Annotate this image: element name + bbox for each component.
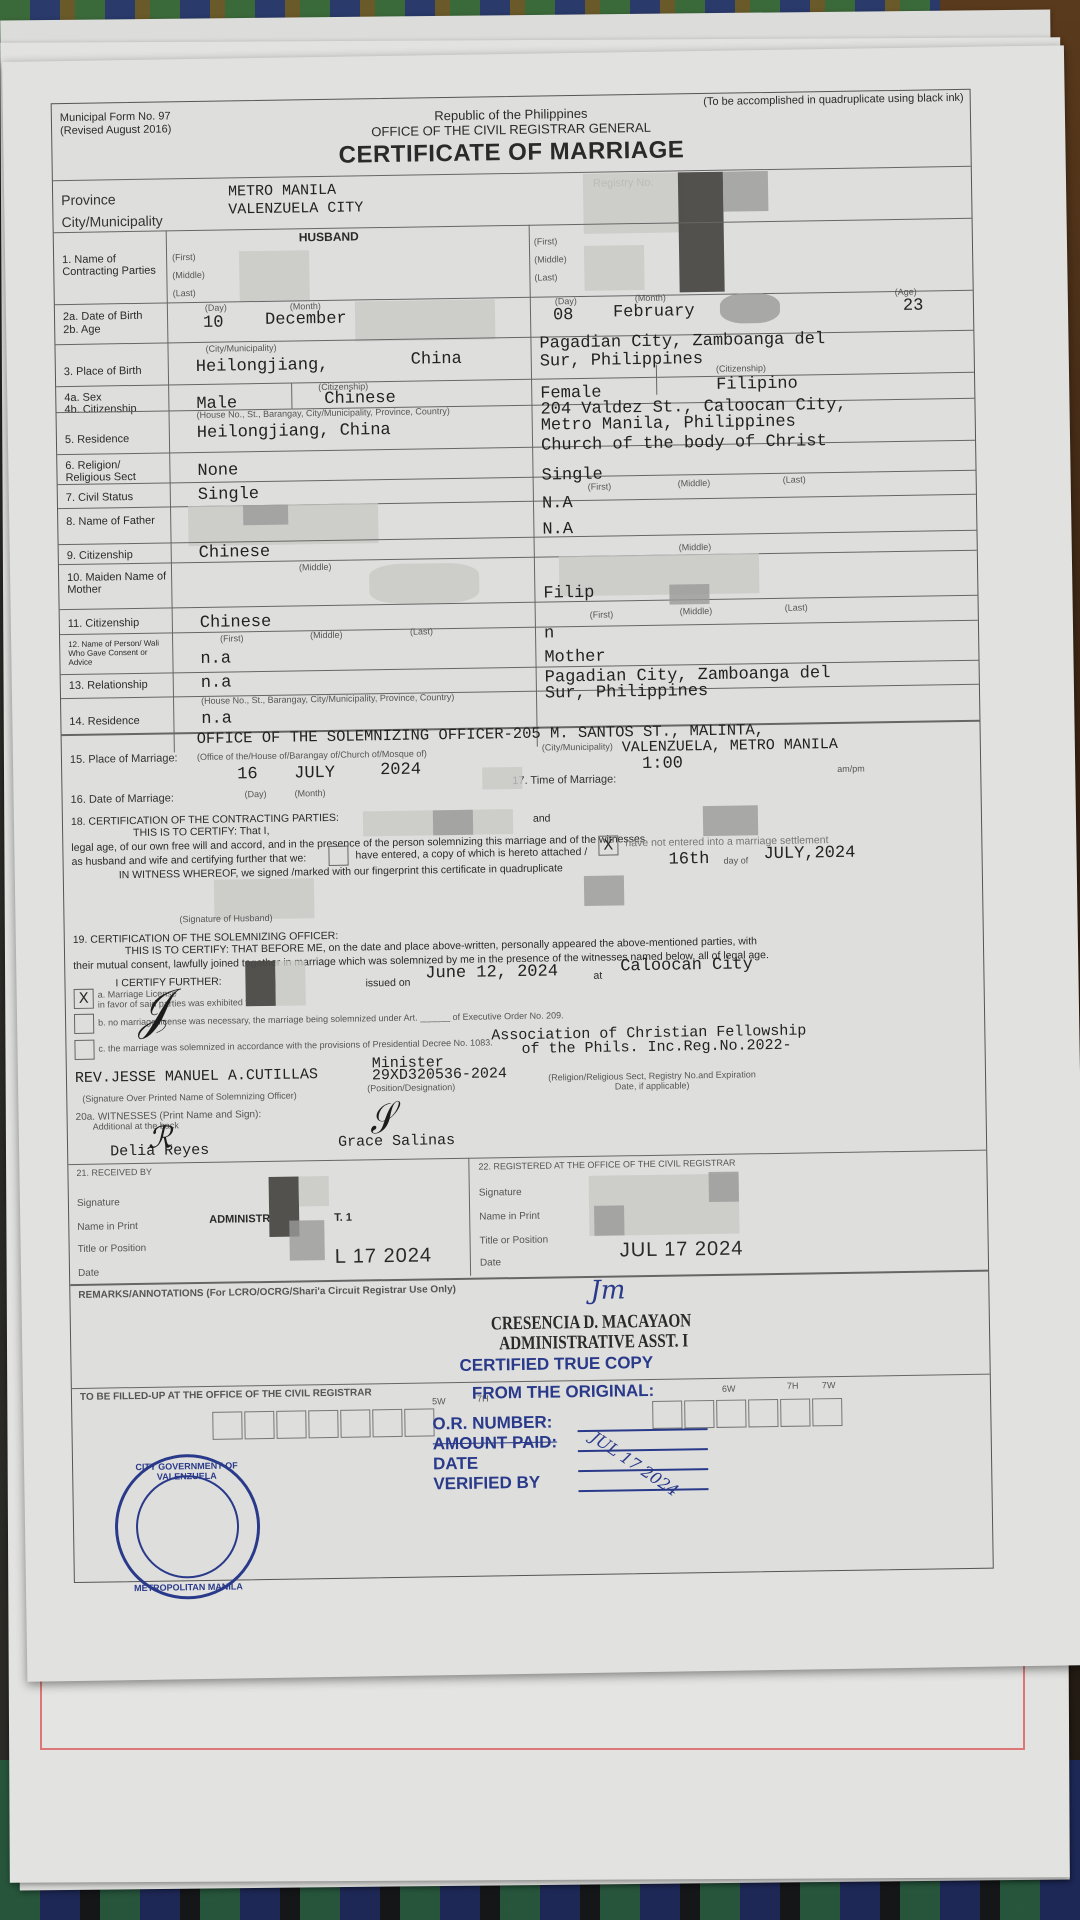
registered-heading: 22. REGISTERED AT THE OFFICE OF THE CIVI…	[478, 1158, 735, 1172]
certificate-form: Municipal Form No. 97 (Revised August 20…	[51, 89, 994, 1583]
city-sub: (City/Municipality)	[542, 741, 613, 752]
seal-bottom-text: METROPOLITAN MANILA	[119, 1581, 258, 1593]
wife-citizenship: Filipino	[716, 375, 798, 395]
position-sub: (Position/Designation)	[367, 1082, 455, 1093]
stamp-certified-true-copy: CERTIFIED TRUE COPY	[459, 1353, 653, 1376]
received-signature-label: Signature	[77, 1197, 120, 1209]
received-date-value: L 17 2024	[335, 1244, 433, 1269]
row-label-name: 1. Name of Contracting Parties	[62, 253, 162, 279]
option-a-text-2: in favor of said parties was exhibited t…	[98, 997, 271, 1010]
registered-date-label: Date	[480, 1257, 501, 1268]
row-label-father-citizenship: 9. Citizenship	[67, 548, 167, 562]
sub-month: (Month)	[635, 293, 666, 303]
row-label-father: 8. Name of Father	[66, 514, 166, 528]
cert-parties-and: and	[533, 812, 551, 825]
wife-dob-day: 08	[553, 306, 574, 325]
sub-age: (Age)	[895, 287, 917, 297]
stamp-from-original: FROM THE ORIGINAL:	[472, 1381, 655, 1404]
sub-first: (First)	[588, 481, 612, 491]
redaction	[355, 299, 496, 341]
officer-sub: (Signature Over Printed Name of Solemniz…	[82, 1090, 297, 1103]
husband-dob-month: December	[265, 310, 347, 330]
code-5w: 5W	[432, 1396, 446, 1406]
received-title-value: T. 1	[334, 1212, 352, 1224]
wife-birth-place-2: Sur, Philippines	[540, 350, 704, 372]
witness-1-signature: ℛ	[148, 1120, 172, 1155]
city-value: VALENZUELA CITY	[228, 199, 363, 218]
husband-birth-country: China	[411, 350, 462, 370]
sub-middle: (Middle)	[299, 562, 332, 573]
row-label-mother-citizenship: 11. Citizenship	[68, 616, 168, 630]
officer-name: REV.JESSE MANUEL A.CUTILLAS	[75, 1066, 318, 1087]
redaction	[594, 1205, 624, 1235]
sub-last: (Last)	[783, 474, 806, 484]
place-of-marriage-label: 15. Place of Marriage:	[70, 752, 178, 766]
redaction	[720, 293, 780, 324]
day-of-label: day of	[724, 855, 749, 865]
row-label-place-of-birth: 3. Place of Birth	[64, 364, 164, 378]
redaction	[275, 960, 306, 1005]
option-c-text: c. the marriage was solemnized in accord…	[98, 1037, 492, 1053]
province-value: METRO MANILA	[228, 182, 336, 201]
sub-first: (First)	[590, 609, 614, 619]
row-label-age: 2b. Age	[63, 323, 163, 337]
sub-middle: (Middle)	[310, 630, 343, 641]
redaction	[669, 584, 709, 605]
husband-consent-name: n.a	[200, 649, 231, 668]
redaction	[243, 505, 288, 526]
redaction	[678, 172, 725, 293]
certificate-sheet: Municipal Form No. 97 (Revised August 20…	[2, 45, 1080, 1681]
wife-age: 23	[903, 297, 924, 316]
marriage-day: 16	[237, 765, 258, 784]
row-label-relationship: 13. Relationship	[69, 678, 169, 692]
redaction	[299, 1176, 329, 1206]
sub-last: (Last)	[410, 626, 433, 636]
place-of-marriage-city: VALENZUELA, METRO MANILA	[622, 736, 838, 756]
city-label: City/Municipality	[61, 212, 162, 230]
ampm-sub: am/pm	[837, 764, 865, 774]
husband-citizenship: Chinese	[324, 389, 396, 409]
redaction	[709, 1172, 739, 1202]
redaction	[482, 767, 522, 790]
husband-religion: None	[197, 461, 238, 481]
signed-day: 16th	[668, 850, 709, 870]
cert-parties-line3b: have entered, a copy of which is hereto …	[355, 846, 587, 863]
code-7w: 7W	[822, 1380, 836, 1390]
row-label-mother: 10. Maiden Name of Mother	[67, 570, 167, 596]
time-of-marriage-label: 17. Time of Marriage:	[512, 773, 616, 787]
code-boxes	[212, 1408, 434, 1439]
code-7h-2: 7H	[787, 1381, 799, 1391]
row-label-residence: 5. Residence	[65, 432, 165, 446]
redaction	[239, 250, 310, 301]
redaction	[703, 805, 758, 836]
date-of-marriage-label: 16. Date of Marriage:	[71, 792, 175, 806]
wife-consent-residence-2: Sur, Philippines	[545, 682, 709, 704]
seal-emblem	[135, 1474, 240, 1579]
sub-last: (Last)	[534, 272, 557, 282]
received-title-label: Title or Position	[78, 1243, 147, 1255]
code-6w: 6W	[722, 1384, 736, 1394]
sub-middle: (Middle)	[534, 254, 567, 265]
husband-mother-citizenship: Chinese	[200, 613, 272, 633]
issued-on-label: issued on	[365, 977, 410, 991]
sub-first: (First)	[534, 236, 558, 246]
husband-father-citizenship: Chinese	[199, 543, 271, 563]
wife-dob-month: February	[613, 302, 695, 322]
redaction	[723, 171, 769, 212]
wife-father-citizenship: N.A	[542, 520, 573, 539]
husband-consent-residence: n.a	[201, 709, 232, 728]
marriage-year: 2024	[380, 761, 421, 781]
sub-first: (First)	[220, 633, 244, 643]
option-c-checkbox[interactable]	[74, 1040, 94, 1060]
sig-husband-label: (Signature of Husband)	[179, 913, 272, 924]
registered-title-label: Title or Position	[479, 1235, 548, 1247]
option-b-checkbox[interactable]	[74, 1014, 94, 1034]
cert-parties-line1: THIS IS TO CERTIFY: That I,	[133, 825, 270, 840]
sub-middle: (Middle)	[678, 478, 711, 489]
settlement-not-entered-checkbox[interactable]: X	[598, 835, 618, 855]
redaction	[369, 563, 480, 605]
at-label: at	[593, 970, 602, 983]
wife-consent-name: n	[544, 624, 555, 643]
license-issue-place: Caloocan City	[620, 955, 753, 976]
admin-signature: Jm	[590, 1275, 626, 1306]
settlement-entered-checkbox[interactable]	[328, 846, 348, 866]
marriage-month: JULY	[294, 764, 335, 784]
wife-father-name: N.A	[542, 494, 573, 513]
redaction	[289, 1220, 325, 1261]
registered-name-label: Name in Print	[479, 1211, 540, 1223]
option-a-checkbox[interactable]: X	[74, 989, 94, 1009]
received-heading: 21. RECEIVED BY	[76, 1167, 152, 1178]
signatory-title: ADMINISTRATIVE ASST. I	[499, 1330, 688, 1355]
row-label-dob: 2a. Date of Birth	[63, 310, 163, 324]
sub-citizenship: (Citizenship)	[716, 363, 766, 374]
husband-heading: HUSBAND	[299, 229, 359, 244]
husband-dob-day: 10	[203, 314, 224, 333]
husband-residence: Heilongjiang, China	[197, 421, 391, 443]
sub-day: (Day)	[244, 789, 266, 799]
sub-last: (Last)	[785, 602, 808, 612]
sub-address: (House No., St., Barangay, City/Municipa…	[201, 692, 454, 706]
wife-mother-citizenship: Filip	[543, 584, 594, 604]
stamp-date-label: DATE	[433, 1454, 478, 1475]
stamp-or-number: O.R. NUMBER:	[432, 1413, 552, 1435]
husband-relationship: n.a	[201, 673, 232, 692]
wife-religion: Church of the body of Christ	[541, 432, 827, 455]
row-label-civil-status: 7. Civil Status	[66, 490, 166, 504]
received-name-label: Name in Print	[77, 1221, 138, 1233]
religion-registry-2: of the Phils. Inc.Reg.No.2022-	[521, 1037, 791, 1058]
religion-sub: (Religion/Religious Sect, Registry No.an…	[537, 1069, 767, 1093]
license-issue-date: June 12, 2024	[425, 962, 558, 983]
redaction	[584, 245, 645, 291]
row-label-consent: 12. Name of Person/ Wali Who Gave Consen…	[68, 638, 168, 667]
husband-civil-status: Single	[198, 485, 260, 505]
code-boxes-right	[652, 1398, 842, 1429]
stamp-amount-paid: AMOUNT PAID:	[433, 1432, 558, 1454]
row-label-religion: 6. Religion/ Religious Sect	[65, 458, 165, 484]
redaction	[584, 875, 624, 906]
stamp-verified-by: VERIFIED BY	[433, 1473, 540, 1495]
sub-middle: (Middle)	[680, 606, 713, 617]
wife-relationship: Mother	[544, 648, 606, 668]
received-date-label: Date	[78, 1268, 99, 1279]
redaction	[433, 810, 473, 836]
received-name-value: ADMINISTR	[209, 1213, 270, 1226]
sub-middle: (Middle)	[679, 542, 712, 553]
row-label-citizenship: 4b. Citizenship	[64, 402, 164, 416]
sub-city: (City/Municipality)	[205, 343, 276, 354]
signed-month-year: JULY,2024	[763, 844, 855, 864]
time-of-marriage-value: 1:00	[642, 754, 683, 774]
remarks-heading: REMARKS/ANNOTATIONS (For LCRO/OCRG/Shari…	[78, 1284, 456, 1301]
wife-residence-2: Metro Manila, Philippines	[541, 413, 796, 436]
sub-first: (First)	[172, 252, 196, 262]
sub-last: (Last)	[173, 288, 196, 298]
registered-date-value: JUL 17 2024	[620, 1238, 744, 1263]
husband-birth-city: Heilongjiang,	[196, 356, 329, 377]
province-label: Province	[61, 191, 116, 208]
registered-signature-label: Signature	[479, 1187, 522, 1199]
sub-middle: (Middle)	[172, 270, 205, 281]
sub-month: (Month)	[294, 788, 325, 798]
sub-day: (Day)	[205, 302, 227, 312]
row-label-consent-residence: 14. Residence	[69, 714, 169, 728]
sub-day: (Day)	[555, 296, 577, 306]
fill-up-label: TO BE FILLED-UP AT THE OFFICE OF THE CIV…	[80, 1387, 372, 1403]
